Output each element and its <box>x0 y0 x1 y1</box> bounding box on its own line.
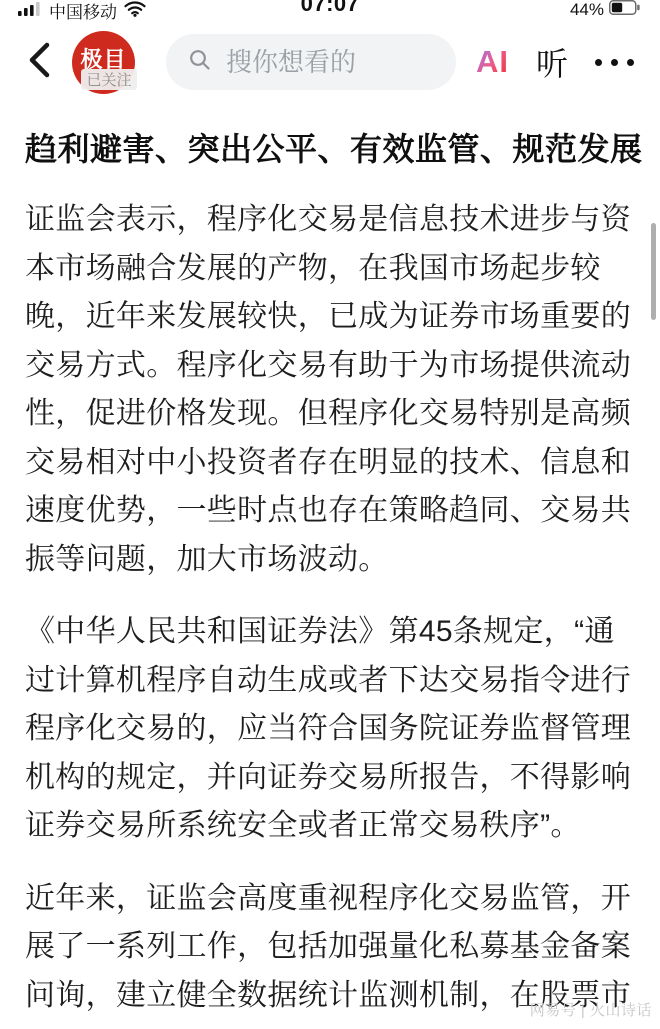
article-heading: 趋利避害、突出公平、有效监管、规范发展 <box>25 126 635 172</box>
article-line: 机构的规定，并向证券交易所报告，不得影响 <box>25 754 635 803</box>
more-dot-icon <box>595 59 602 66</box>
article-line: 展了一系列工作，包括加强量化私募基金备案 <box>25 923 635 972</box>
scrollbar-thumb[interactable] <box>651 223 656 320</box>
paragraph: 证监会表示，程序化交易是信息技术进步与资 本市场融合发展的产物，在我国市场起步较… <box>25 196 635 584</box>
article-line: 本市场融合发展的产物，在我国市场起步较 <box>25 245 635 294</box>
header-actions: AI 听 <box>476 39 634 85</box>
listen-button[interactable]: 听 <box>536 39 568 85</box>
article-line: 过计算机程序自动生成或者下达交易指令进行 <box>25 657 635 706</box>
followed-badge[interactable]: 已关注 <box>81 69 137 90</box>
status-bar: 中国移动 07:07 44% <box>0 0 660 24</box>
article-line: 交易方式。程序化交易有助于为市场提供流动 <box>25 342 635 391</box>
more-dot-icon <box>627 59 634 66</box>
more-menu-button[interactable] <box>595 53 634 72</box>
paragraph: 《中华人民共和国证券法》第45条规定，“通 过计算机程序自动生成或者下达交易指令… <box>25 608 635 851</box>
article-line: 《中华人民共和国证券法》第45条规定，“通 <box>25 608 635 657</box>
publisher-logo[interactable]: 极目 已关注 <box>72 31 136 94</box>
clock-label: 07:07 <box>0 0 660 17</box>
back-button[interactable] <box>26 40 56 84</box>
article-line: 程序化交易的，应当符合国务院证券监督管理 <box>25 705 635 754</box>
article-line: 近年来，证监会高度重视程序化交易监管，开 <box>25 875 635 924</box>
article-line: 性，促进价格发现。但程序化交易特别是高频 <box>25 390 635 439</box>
back-chevron-icon <box>26 40 52 85</box>
article-line: 速度优势，一些时点也存在策略趋同、交易共 <box>25 487 635 536</box>
ai-assistant-button[interactable]: AI <box>476 44 509 80</box>
article-line: 证券交易所系统安全或者正常交易秩序”。 <box>25 802 635 851</box>
search-input[interactable] <box>224 46 440 79</box>
article-line: 交易相对中小投资者存在明显的技术、信息和 <box>25 439 635 488</box>
watermark-label: 网易号 | 火山诗话 <box>530 999 652 1020</box>
article-line: 振等问题，加大市场波动。 <box>25 536 635 585</box>
search-bar[interactable] <box>166 34 456 90</box>
more-dot-icon <box>611 59 618 66</box>
search-icon <box>188 48 212 77</box>
article-line: 证监会表示，程序化交易是信息技术进步与资 <box>25 196 635 245</box>
article-body: 趋利避害、突出公平、有效监管、规范发展 证监会表示，程序化交易是信息技术进步与资… <box>0 126 660 1020</box>
header-bar: 极目 已关注 AI 听 <box>0 24 660 100</box>
article-line: 晚，近年来发展较快，已成为证券市场重要的 <box>25 293 635 342</box>
